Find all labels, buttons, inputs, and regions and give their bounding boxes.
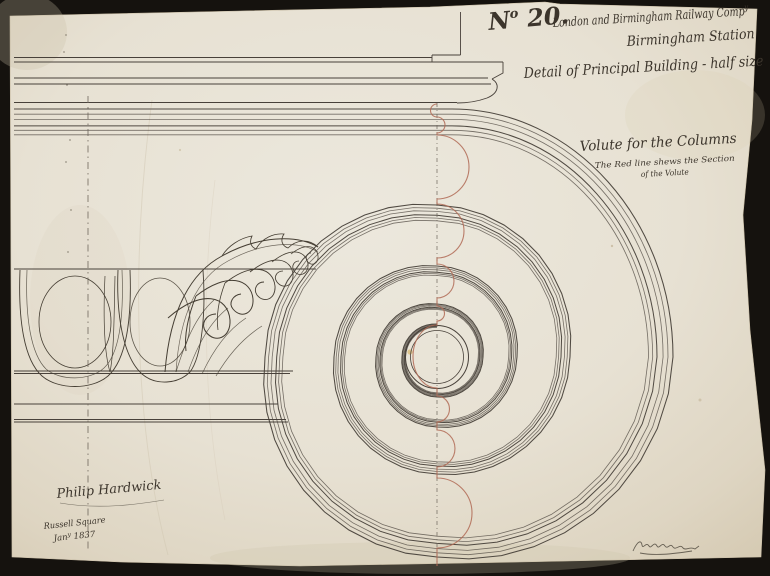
ink-spot	[407, 349, 412, 354]
scanned-drawing-sheet: No 20. London and Birmingham Railway Com…	[0, 0, 770, 576]
architectural-drawing: No 20. London and Birmingham Railway Com…	[0, 0, 770, 576]
